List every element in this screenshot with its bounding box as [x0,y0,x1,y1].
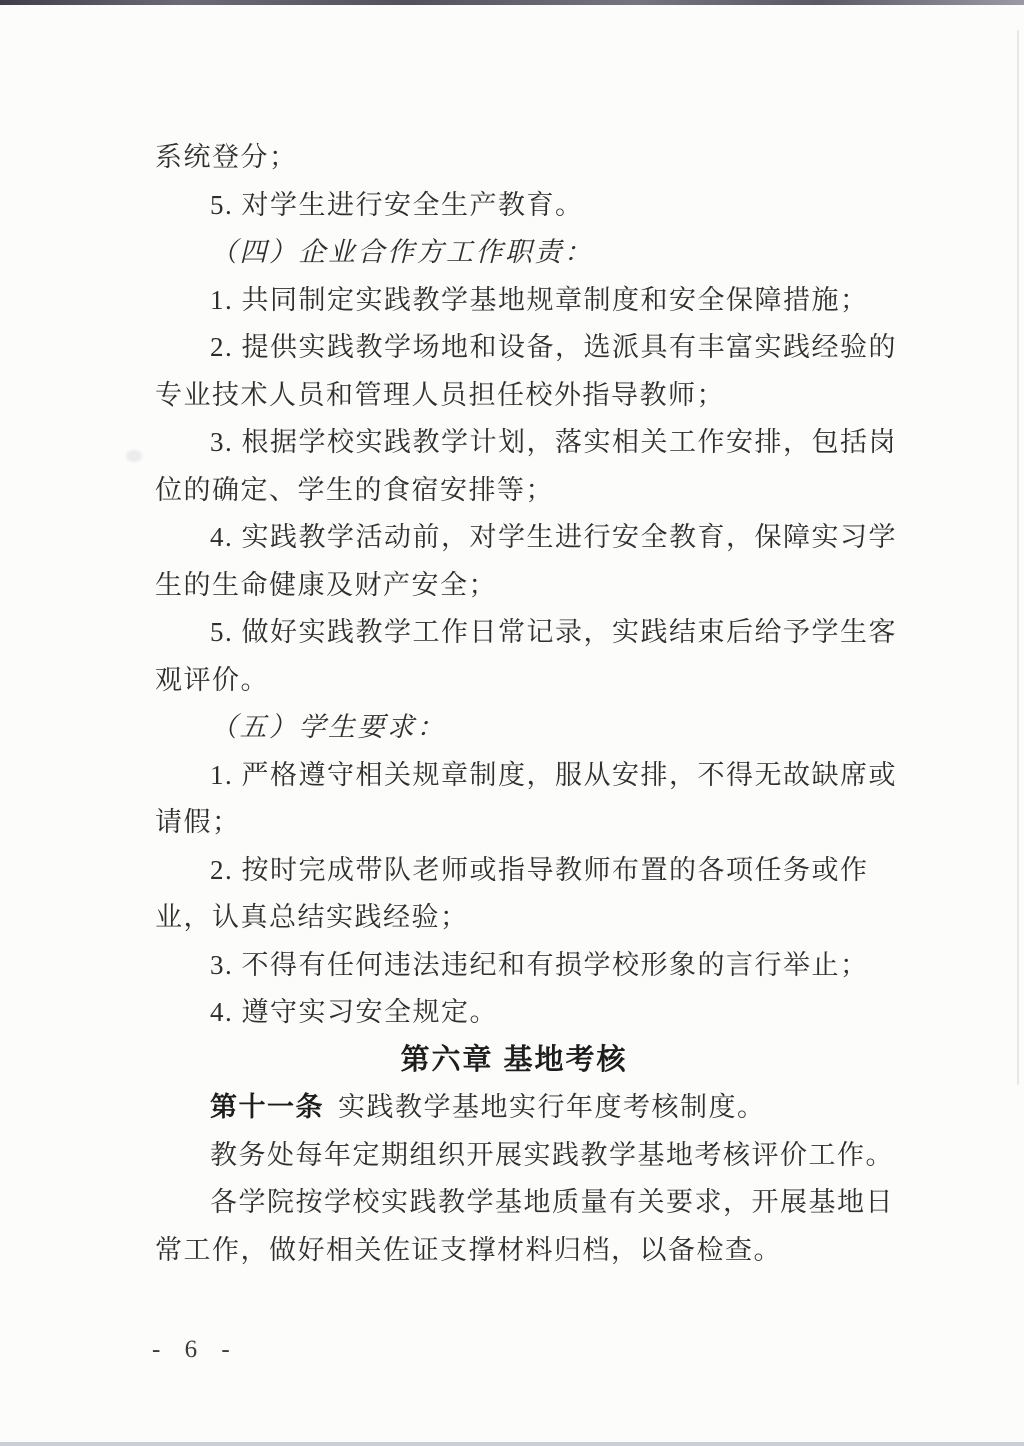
text-line: 3. 根据学校实践教学计划，落实相关工作安排，包括岗 [155,419,873,467]
text-line: 2. 提供实践教学场地和设备，选派具有丰富实践经验的 [155,324,873,372]
text-line: 3. 不得有任何违法违纪和有损学校形象的言行举止； [155,942,873,990]
scan-edge-top [0,0,1024,5]
text-line: 专业技术人员和管理人员担任校外指导教师； [155,372,873,420]
text-line: 4. 遵守实习安全规定。 [155,989,873,1037]
text-line: 5. 做好实践教学工作日常记录，实践结束后给予学生客 [155,609,873,657]
text-line: 5. 对学生进行安全生产教育。 [155,182,873,230]
text-line: 位的确定、学生的食宿安排等； [155,467,873,515]
subsection-heading: （五）学生要求： [155,704,873,752]
text-line: 教务处每年定期组织开展实践教学基地考核评价工作。 [155,1132,873,1180]
chapter-heading: 第六章 基地考核 [155,1037,873,1085]
article-number: 第十一条 [210,1092,324,1122]
text-line: 各学院按学校实践教学基地质量有关要求，开展基地日 [155,1179,873,1227]
text-line: 生的生命健康及财产安全； [155,562,873,610]
text-line: 1. 共同制定实践教学基地规章制度和安全保障措施； [155,277,873,325]
article-line: 第十一条实践教学基地实行年度考核制度。 [155,1084,873,1132]
scanned-document-page: 系统登分； 5. 对学生进行安全生产教育。 （四）企业合作方工作职责： 1. 共… [0,0,1024,1446]
scan-smudge [126,450,142,462]
scan-edge-right [1017,30,1019,1085]
text-line: 系统登分； [155,134,873,182]
text-line: 1. 严格遵守相关规章制度，服从安排，不得无故缺席或 [155,752,873,800]
text-line: 常工作，做好相关佐证支撑材料归档，以备检查。 [155,1227,873,1275]
text-line: 4. 实践教学活动前，对学生进行安全教育，保障实习学 [155,514,873,562]
subsection-heading: （四）企业合作方工作职责： [155,229,873,277]
article-text: 实践教学基地实行年度考核制度。 [338,1092,766,1122]
text-line: 业，认真总结实践经验； [155,894,873,942]
document-body: 系统登分； 5. 对学生进行安全生产教育。 （四）企业合作方工作职责： 1. 共… [155,134,873,1274]
scan-edge-bottom [0,1442,1024,1446]
text-line: 2. 按时完成带队老师或指导教师布置的各项任务或作 [155,847,873,895]
text-line: 请假； [155,799,873,847]
text-line: 观评价。 [155,657,873,705]
page-number: - 6 - [152,1336,239,1364]
